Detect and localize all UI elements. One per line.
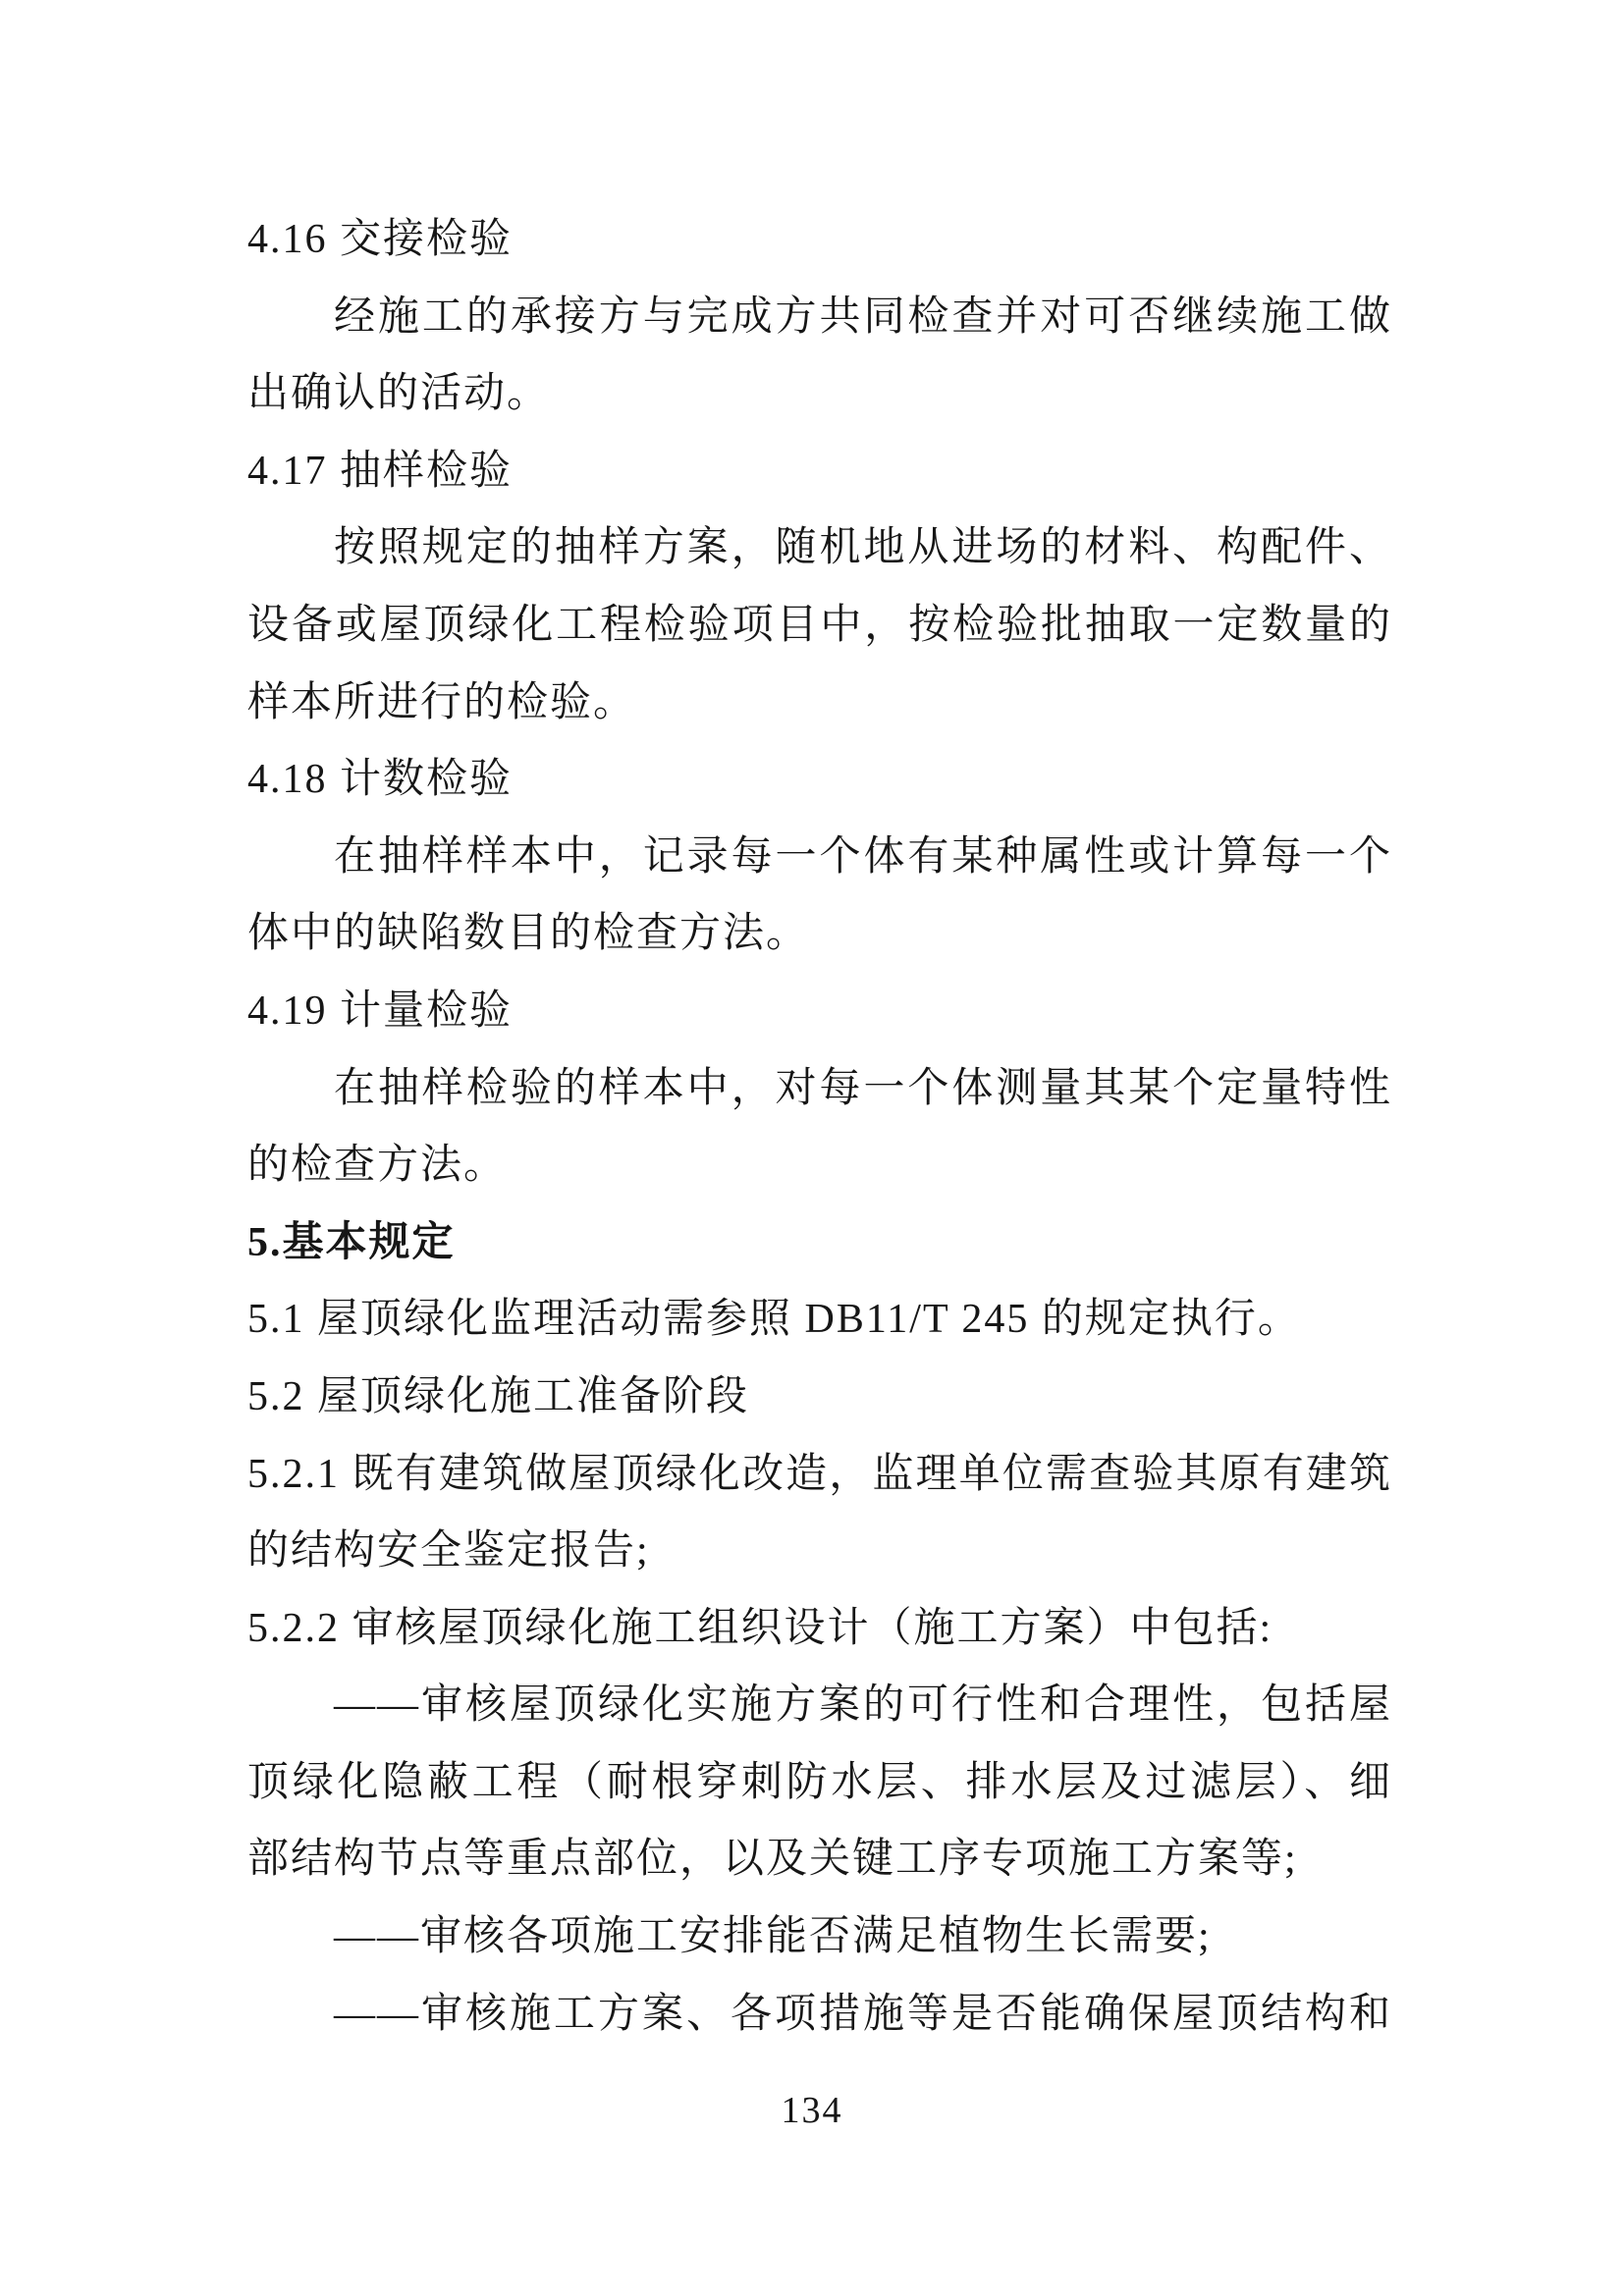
text-line: 4.18 计数检验 — [247, 741, 1392, 819]
text-line: 5.2 屋顶绿化施工准备阶段 — [247, 1359, 1392, 1436]
text-line: 4.19 计量检验 — [247, 973, 1392, 1050]
text-line: 在抽样样本中，记录每一个体有某种属性或计算每一个 — [247, 819, 1392, 896]
text-line: 按照规定的抽样方案，随机地从进场的材料、构配件、 — [247, 509, 1392, 587]
text-line: 设备或屋顶绿化工程检验项目中，按检验批抽取一定数量的 — [247, 587, 1392, 665]
text-line: 5.基本规定 — [247, 1204, 1392, 1282]
text-line: 的检查方法。 — [247, 1127, 1392, 1204]
text-line: 出确认的活动。 — [247, 355, 1392, 433]
text-line: ——审核施工方案、各项措施等是否能确保屋顶结构和 — [247, 1976, 1392, 2054]
text-line: 的结构安全鉴定报告; — [247, 1513, 1392, 1590]
text-line: 4.17 抽样检验 — [247, 433, 1392, 510]
text-line: 4.16 交接检验 — [247, 201, 1392, 279]
text-line: 部结构节点等重点部位，以及关键工序专项施工方案等; — [247, 1821, 1392, 1898]
text-line: 5.2.2 审核屋顶绿化施工组织设计（施工方案）中包括: — [247, 1590, 1392, 1668]
document-page: 4.16 交接检验经施工的承接方与完成方共同检查并对可否继续施工做出确认的活动。… — [0, 0, 1624, 2296]
text-line: 体中的缺陷数目的检查方法。 — [247, 895, 1392, 973]
text-line: ——审核屋顶绿化实施方案的可行性和合理性，包括屋 — [247, 1667, 1392, 1744]
text-line: 5.2.1 既有建筑做屋顶绿化改造，监理单位需查验其原有建筑 — [247, 1436, 1392, 1514]
text-line: 样本所进行的检验。 — [247, 665, 1392, 742]
text-line: 顶绿化隐蔽工程（耐根穿刺防水层、排水层及过滤层）、细 — [247, 1744, 1392, 1822]
document-body: 4.16 交接检验经施工的承接方与完成方共同检查并对可否继续施工做出确认的活动。… — [247, 201, 1392, 2053]
text-line: 在抽样检验的样本中，对每一个体测量其某个定量特性 — [247, 1050, 1392, 1128]
page-number: 134 — [0, 2089, 1624, 2132]
text-line: 经施工的承接方与完成方共同检查并对可否继续施工做 — [247, 279, 1392, 356]
text-line: ——审核各项施工安排能否满足植物生长需要; — [247, 1898, 1392, 1976]
text-line: 5.1 屋顶绿化监理活动需参照 DB11/T 245 的规定执行。 — [247, 1281, 1392, 1359]
